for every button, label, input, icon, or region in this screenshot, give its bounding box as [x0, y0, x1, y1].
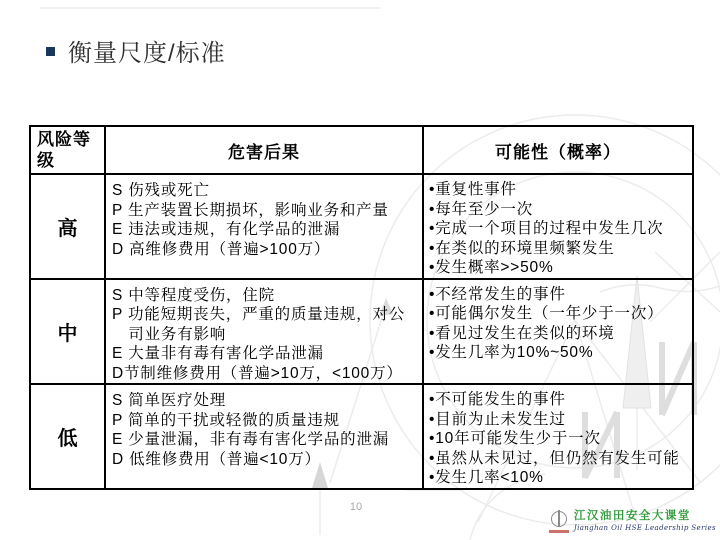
risk-level-cell: 高 — [30, 174, 105, 279]
consequence-line: D节制维修费用（普遍>10万，<100万） — [112, 364, 420, 384]
consequence-line: S 中等程度受伤，住院 — [112, 286, 420, 306]
table-row-low: 低 S 简单医疗处理 P 简单的干扰或轻微的质量违规 E 少量泄漏，非有毒有害化… — [30, 384, 693, 489]
consequence-line: E 少量泄漏，非有毒有害化学品的泄漏 — [112, 430, 420, 450]
brand-subtitle: Jianghan Oil HSE Leadership Series — [574, 523, 716, 533]
table-header-row: 风险等 级 危害后果 可能性（概率） — [30, 126, 693, 174]
probability-line: •10年可能发生少于一次 — [429, 429, 690, 449]
consequence-line: E 大量非有毒有害化学品泄漏 — [112, 344, 420, 364]
brand-block: 江汉油田安全大课堂 Jianghan Oil HSE Leadership Se… — [549, 510, 716, 533]
consequence-line: E 违法或违规，有化学品的泄漏 — [112, 220, 420, 240]
consequence-line: P 功能短期丧失，严重的质量违规，对公 — [112, 305, 420, 325]
consequence-cell: S 中等程度受伤，住院 P 功能短期丧失，严重的质量违规，对公 司业务有影响 E… — [105, 279, 423, 385]
probability-line: •每年至少一次 — [429, 200, 690, 220]
probability-line: •不可能发生的事件 — [429, 390, 690, 410]
page-number: 10 — [338, 501, 374, 513]
risk-level-cell: 中 — [30, 279, 105, 385]
header-consequence: 危害后果 — [105, 126, 423, 174]
probability-line: •重复性事件 — [429, 180, 690, 200]
company-seal-icon — [549, 511, 569, 533]
table-row-high: 高 S 伤残或死亡 P 生产装置长期损坏，影响业务和产量 E 违法或违规，有化学… — [30, 174, 693, 279]
probability-cell: •重复性事件 •每年至少一次 •完成一个项目的过程中发生几次 •在类似的环境里频… — [423, 174, 693, 279]
consequence-line: D 低维修费用（普遍<10万） — [112, 450, 420, 470]
consequence-line: S 伤残或死亡 — [112, 181, 420, 201]
header-risk-level: 风险等 级 — [30, 126, 105, 174]
probability-line: •虽然从未见过，但仍然有发生可能 — [429, 449, 690, 469]
brand-title: 江汉油田安全大课堂 — [574, 510, 716, 523]
probability-line: •可能偶尔发生（一年少于一次） — [429, 304, 690, 324]
probability-line: •不经常发生的事件 — [429, 285, 690, 305]
probability-cell: •不经常发生的事件 •可能偶尔发生（一年少于一次） •看见过发生在类似的环境 •… — [423, 279, 693, 385]
probability-line: •在类似的环境里频繁发生 — [429, 239, 690, 259]
probability-line: •看见过发生在类似的环境 — [429, 324, 690, 344]
risk-level-cell: 低 — [30, 384, 105, 489]
table-row-medium: 中 S 中等程度受伤，住院 P 功能短期丧失，严重的质量违规，对公 司业务有影响… — [30, 279, 693, 385]
page-title: 衡量尺度/标准 — [68, 33, 226, 68]
consequence-line: S 简单医疗处理 — [112, 391, 420, 411]
consequence-line: 司业务有影响 — [112, 325, 420, 345]
probability-line: •发生几率为10%~50% — [429, 343, 690, 363]
probability-line: •完成一个项目的过程中发生几次 — [429, 219, 690, 239]
consequence-line: P 简单的干扰或轻微的质量违规 — [112, 411, 420, 431]
probability-line: •发生概率>>50% — [429, 258, 690, 278]
probability-cell: •不可能发生的事件 •目前为止未发生过 •10年可能发生少于一次 •虽然从未见过… — [423, 384, 693, 489]
brand-text-block: 江汉油田安全大课堂 Jianghan Oil HSE Leadership Se… — [574, 510, 716, 533]
slide: 衡量尺度/标准 风险等 级 危害后果 可能性（概率） 高 S 伤残或死亡 P 生… — [0, 0, 720, 540]
consequence-line: P 生产装置长期损坏，影响业务和产量 — [112, 201, 420, 221]
probability-line: •发生几率<10% — [429, 468, 690, 488]
header-probability: 可能性（概率） — [423, 126, 693, 174]
consequence-cell: S 伤残或死亡 P 生产装置长期损坏，影响业务和产量 E 违法或违规，有化学品的… — [105, 174, 423, 279]
consequence-line: D 高维修费用（普遍>100万） — [112, 240, 420, 260]
title-bullet-square-icon — [46, 47, 55, 56]
probability-line: •目前为止未发生过 — [429, 410, 690, 430]
risk-matrix-table: 风险等 级 危害后果 可能性（概率） 高 S 伤残或死亡 P 生产装置长期损坏，… — [29, 125, 694, 490]
slide-title-block: 衡量尺度/标准 — [46, 33, 226, 68]
consequence-cell: S 简单医疗处理 P 简单的干扰或轻微的质量违规 E 少量泄漏，非有毒有害化学品… — [105, 384, 423, 489]
